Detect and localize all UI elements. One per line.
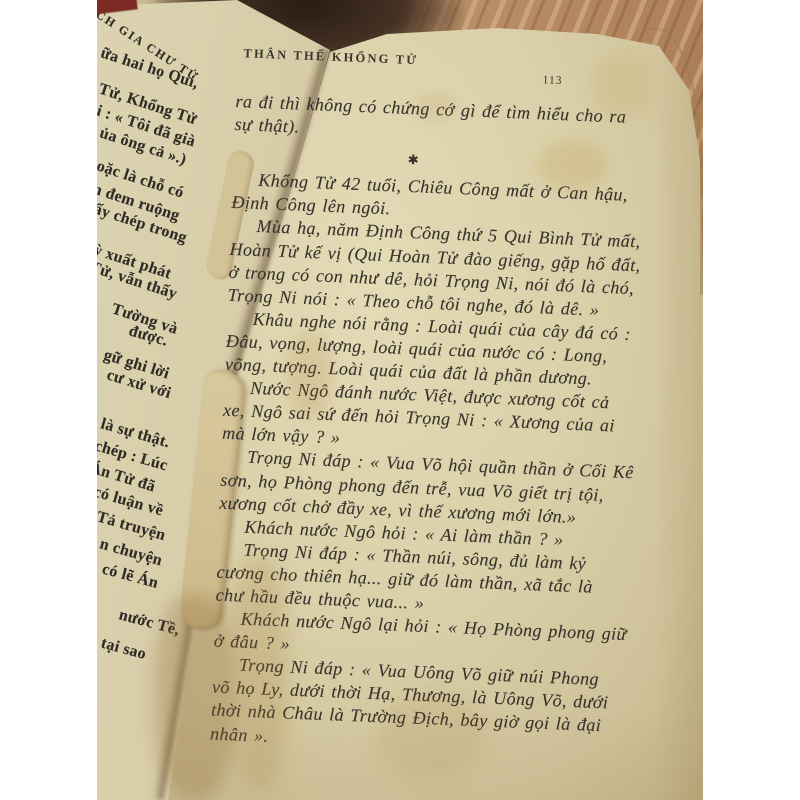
book-photo: CH GIA CHƯ TỬữa hai họ Qui,Tử, Khổng Tửi… — [97, 0, 703, 800]
running-header: THÂN THẾ KHỔNG TỬ — [243, 46, 419, 68]
page-number: 113 — [542, 74, 562, 87]
right-page-text: THÂN THẾ KHỔNG TỬ 113 ra đi thì không có… — [209, 40, 703, 778]
screenshot-canvas: CH GIA CHƯ TỬữa hai họ Qui,Tử, Khổng Tửi… — [0, 0, 800, 800]
body-text-lines: ra đi thì không có chứng cớ gì để tìm hi… — [210, 90, 703, 764]
left-page-line: g tại sao — [97, 631, 148, 664]
left-page-line: nước Tề, — [117, 606, 182, 640]
